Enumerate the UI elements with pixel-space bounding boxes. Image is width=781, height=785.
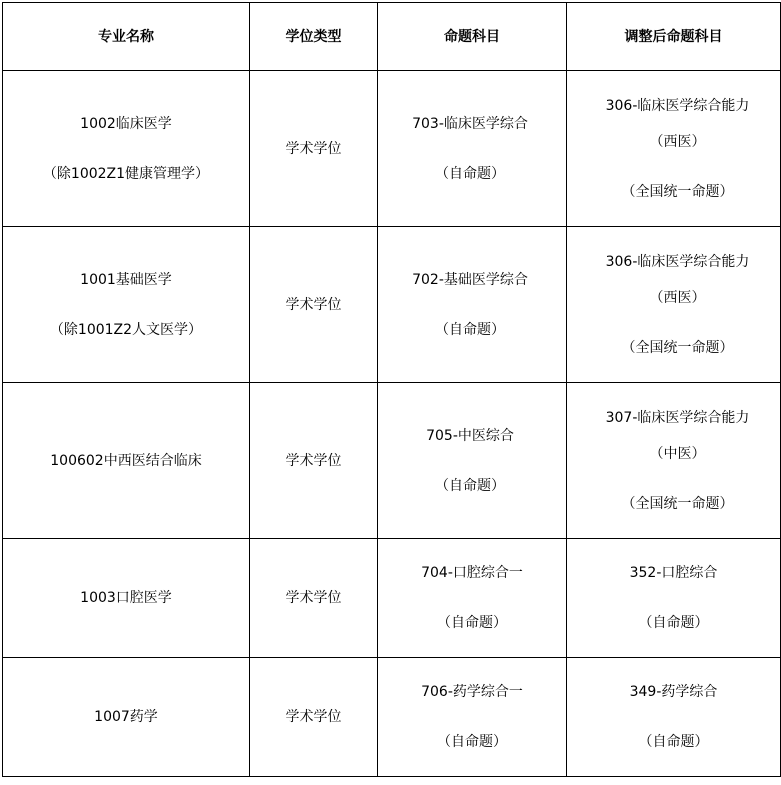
subject-name: 706-药学综合一 [421,685,523,699]
adjusted-subject-note: （自命题） [639,616,709,630]
cell-adjusted-subject: 352-口腔综合 （自命题） [567,539,781,658]
degree-type: 学术学位 [286,453,342,469]
cell-subject: 702-基础医学综合 （自命题） [378,227,567,383]
cell-degree-type: 学术学位 [250,658,378,777]
table-header-row: 专业名称 学位类型 命题科目 调整后命题科目 [3,3,781,71]
degree-type: 学术学位 [286,141,342,157]
cell-adjusted-subject: 307-临床医学综合能力 （中医） （全国统一命题） [567,383,781,539]
major-note: （除1002Z1健康管理学） [43,167,209,181]
adjusted-subject-note: （自命题） [639,735,709,749]
cell-subject: 703-临床医学综合 （自命题） [378,71,567,227]
subject-name: 704-口腔综合一 [421,566,523,580]
cell-adjusted-subject: 306-临床医学综合能力 （西医） （全国统一命题） [567,227,781,383]
degree-type: 学术学位 [286,590,342,606]
cell-adjusted-subject: 349-药学综合 （自命题） [567,658,781,777]
header-degree-type: 学位类型 [250,3,378,71]
table-row: 1001基础医学 （除1001Z2人文医学） 学术学位 702-基础医学综合 （… [3,227,781,383]
cell-subject: 705-中医综合 （自命题） [378,383,567,539]
header-exam-subject: 命题科目 [378,3,567,71]
adjusted-subject-note: （全国统一命题） [622,341,734,355]
subject-note: （自命题） [435,323,505,337]
subject-note: （自命题） [435,167,505,181]
adjusted-subject-category: （中医） [650,447,706,461]
cell-subject: 704-口腔综合一 （自命题） [378,539,567,658]
adjusted-subject-name: 349-药学综合 [630,685,718,699]
cell-adjusted-subject: 306-临床医学综合能力 （西医） （全国统一命题） [567,71,781,227]
cell-major: 1003口腔医学 [3,539,250,658]
major-note: （除1001Z2人文医学） [50,323,202,337]
major-name: 1001基础医学 [80,273,172,287]
subject-name: 705-中医综合 [426,429,514,443]
table-row: 100602中西医结合临床 学术学位 705-中医综合 （自命题） 307-临床… [3,383,781,539]
header-major-name: 专业名称 [3,3,250,71]
cell-degree-type: 学术学位 [250,227,378,383]
adjusted-subject-name: 307-临床医学综合能力 [606,411,750,425]
cell-subject: 706-药学综合一 （自命题） [378,658,567,777]
degree-type: 学术学位 [286,709,342,725]
major-name: 1007药学 [94,710,158,724]
adjusted-subject-name: 306-临床医学综合能力 [606,99,750,113]
subject-note: （自命题） [437,735,507,749]
cell-major: 1002临床医学 （除1002Z1健康管理学） [3,71,250,227]
adjusted-subject-note: （全国统一命题） [622,185,734,199]
table-row: 1007药学 学术学位 706-药学综合一 （自命题） 349-药学综合 （自命… [3,658,781,777]
adjusted-subject-category: （西医） [650,291,706,305]
adjusted-subject-name: 306-临床医学综合能力 [606,255,750,269]
subject-name: 703-临床医学综合 [412,117,528,131]
degree-type: 学术学位 [286,297,342,313]
adjusted-subject-note: （全国统一命题） [622,497,734,511]
cell-major: 1001基础医学 （除1001Z2人文医学） [3,227,250,383]
subject-note: （自命题） [437,616,507,630]
exam-subject-table: 专业名称 学位类型 命题科目 调整后命题科目 1002临床医学 （除1002Z1… [2,2,781,777]
subject-note: （自命题） [435,479,505,493]
adjusted-subject-name: 352-口腔综合 [630,566,718,580]
table-row: 1003口腔医学 学术学位 704-口腔综合一 （自命题） 352-口腔综合 （… [3,539,781,658]
cell-major: 100602中西医结合临床 [3,383,250,539]
header-adjusted-exam-subject: 调整后命题科目 [567,3,781,71]
table-row: 1002临床医学 （除1002Z1健康管理学） 学术学位 703-临床医学综合 … [3,71,781,227]
major-name: 100602中西医结合临床 [50,454,201,468]
subject-name: 702-基础医学综合 [412,273,528,287]
cell-degree-type: 学术学位 [250,383,378,539]
major-name: 1002临床医学 [80,117,172,131]
cell-degree-type: 学术学位 [250,71,378,227]
major-name: 1003口腔医学 [80,591,172,605]
adjusted-subject-category: （西医） [650,135,706,149]
cell-degree-type: 学术学位 [250,539,378,658]
cell-major: 1007药学 [3,658,250,777]
